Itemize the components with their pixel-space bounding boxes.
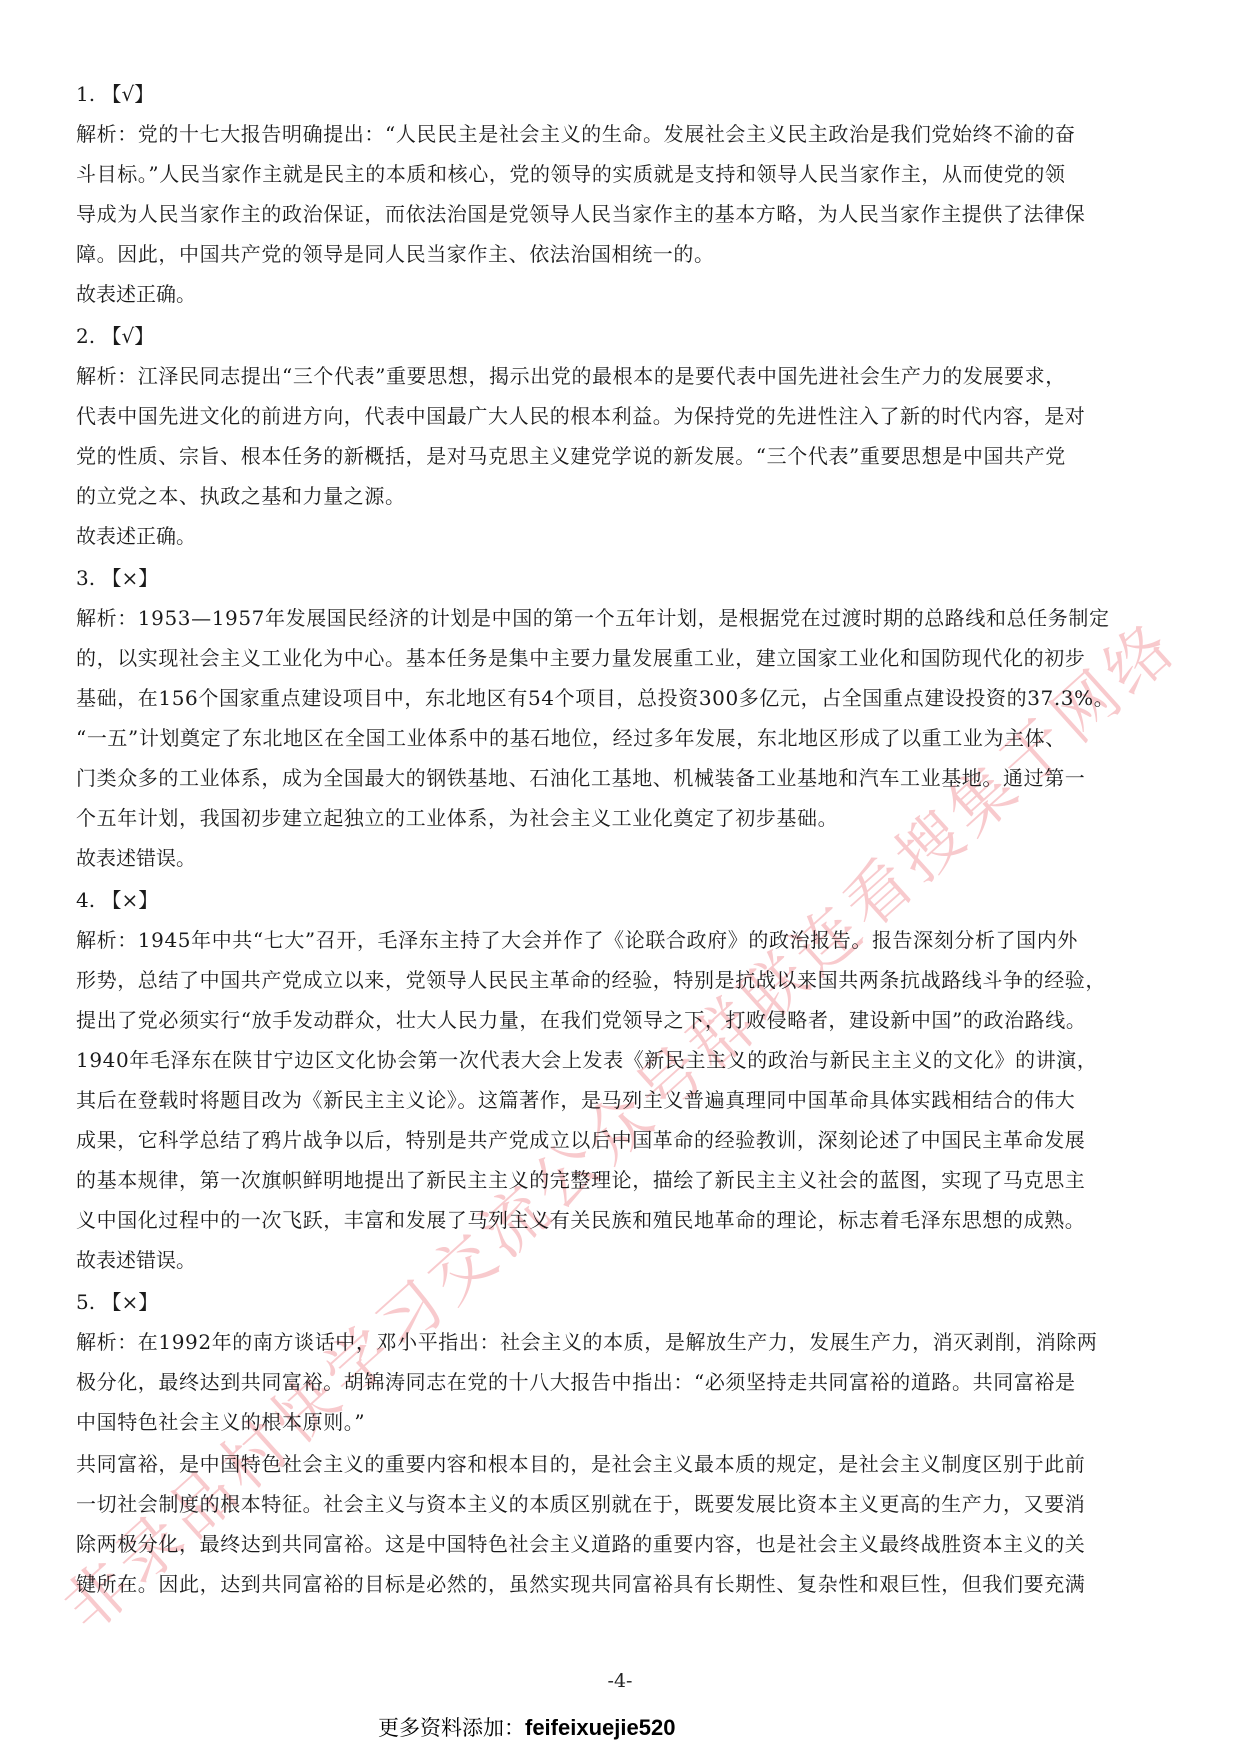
analysis-line: 共同富裕，是中国特色社会主义的重要内容和根本目的，是社会主义最本质的规定，是社会… [76, 1444, 1168, 1484]
analysis-line: 键所在。因此，达到共同富裕的目标是必然的，虽然实现共同富裕具有长期性、复杂性和艰… [76, 1564, 1168, 1604]
analysis-line: 的，以实现社会主义工业化为中心。基本任务是集中主要力量发展重工业，建立国家工业化… [76, 638, 1168, 678]
analysis-line: 解析：1945年中共“七大”召开，毛泽东主持了大会并作了《论联合政府》的政治报告… [76, 920, 1168, 960]
answer-item-3: 3. 【×】 解析：1953—1957年发展国民经济的计划是中国的第一个五年计划… [76, 558, 1168, 880]
verdict-cross-icon: 【×】 [101, 1290, 158, 1314]
analysis-line: 其后在登载时将题目改为《新民主主义论》。这篇著作，是马列主义普遍真理同中国革命具… [76, 1080, 1168, 1120]
analysis-line: 成果，它科学总结了鸦片战争以后，特别是共产党成立以后中国革命的经验教训，深刻论述… [76, 1120, 1168, 1160]
analysis-line: 提出了党必须实行“放手发动群众，壮大人民力量，在我们党领导之下，打败侵略者，建设… [76, 1000, 1168, 1040]
footer-contact-id: feifeixuejie520 [525, 1715, 675, 1740]
document-page: 非录品村快学习交流公众号群联连看搜集于网络 1. 【√】 解析：党的十七大报告明… [0, 0, 1240, 1754]
page-number: -4- [0, 1670, 1240, 1692]
analysis-line: 个五年计划，我国初步建立起独立的工业体系，为社会主义工业化奠定了初步基础。 [76, 798, 1168, 838]
analysis-line: 一切社会制度的根本特征。社会主义与资本主义的本质区别就在于，既要发展比资本主义更… [76, 1484, 1168, 1524]
conclusion: 故表述正确。 [76, 274, 1168, 316]
analysis-line: 斗目标。”人民当家作主就是民主的本质和核心，党的领导的实质就是支持和领导人民当家… [76, 154, 1168, 194]
verdict-cross-icon: 【×】 [101, 888, 158, 912]
conclusion: 故表述错误。 [76, 1240, 1168, 1282]
verdict-cross-icon: 【×】 [101, 566, 158, 590]
analysis-line: 基础，在156个国家重点建设项目中，东北地区有54个项目，总投资300多亿元，占… [76, 678, 1168, 718]
analysis-line: 1940年毛泽东在陕甘宁边区文化协会第一次代表大会上发表《新民主主义的政治与新民… [76, 1040, 1168, 1080]
item-number: 5. [76, 1290, 95, 1314]
answer-item-2: 2. 【√】 解析：江泽民同志提出“三个代表”重要思想，揭示出党的最根本的是要代… [76, 316, 1168, 558]
analysis-line: 导成为人民当家作主的政治保证，而依法治国是党领导人民当家作主的基本方略，为人民当… [76, 194, 1168, 234]
analysis-line: “一五”计划奠定了东北地区在全国工业体系中的基石地位，经过多年发展，东北地区形成… [76, 718, 1168, 758]
footer-label: 更多资料添加： [378, 1716, 525, 1740]
analysis-line: 义中国化过程中的一次飞跃，丰富和发展了马列主义有关民族和殖民地革命的理论，标志着… [76, 1200, 1168, 1240]
verdict-check-icon: 【√】 [101, 324, 154, 348]
item-heading: 4. 【×】 [76, 880, 1168, 920]
analysis-line: 党的性质、宗旨、根本任务的新概括，是对马克思主义建党学说的新发展。“三个代表”重… [76, 436, 1168, 476]
analysis-line: 解析：在1992年的南方谈话中，邓小平指出：社会主义的本质，是解放生产力，发展生… [76, 1322, 1168, 1362]
item-number: 3. [76, 566, 95, 590]
analysis-line: 代表中国先进文化的前进方向，代表中国最广大人民的根本利益。为保持党的先进性注入了… [76, 396, 1168, 436]
verdict-check-icon: 【√】 [101, 82, 154, 106]
item-heading: 1. 【√】 [76, 74, 1168, 114]
analysis-line: 形势，总结了中国共产党成立以来，党领导人民民主革命的经验，特别是抗战以来国共两条… [76, 960, 1168, 1000]
analysis-line: 极分化，最终达到共同富裕。胡锦涛同志在党的十八大报告中指出：“必须坚持走共同富裕… [76, 1362, 1168, 1402]
item-heading: 2. 【√】 [76, 316, 1168, 356]
conclusion: 故表述错误。 [76, 838, 1168, 880]
analysis-line: 门类众多的工业体系，成为全国最大的钢铁基地、石油化工基地、机械装备工业基地和汽车… [76, 758, 1168, 798]
footer-contact: 更多资料添加：feifeixuejie520 [378, 1712, 675, 1742]
item-number: 4. [76, 888, 95, 912]
analysis-line: 解析：1953—1957年发展国民经济的计划是中国的第一个五年计划，是根据党在过… [76, 598, 1168, 638]
analysis-line: 中国特色社会主义的根本原则。” [76, 1402, 1168, 1442]
item-heading: 5. 【×】 [76, 1282, 1168, 1322]
answer-item-4: 4. 【×】 解析：1945年中共“七大”召开，毛泽东主持了大会并作了《论联合政… [76, 880, 1168, 1282]
item-number: 2. [76, 324, 95, 348]
analysis-line: 的基本规律，第一次旗帜鲜明地提出了新民主主义的完整理论，描绘了新民主主义社会的蓝… [76, 1160, 1168, 1200]
analysis-line: 除两极分化，最终达到共同富裕。这是中国特色社会主义道路的重要内容，也是社会主义最… [76, 1524, 1168, 1564]
analysis-line: 的立党之本、执政之基和力量之源。 [76, 476, 1168, 516]
item-heading: 3. 【×】 [76, 558, 1168, 598]
answer-item-5: 5. 【×】 解析：在1992年的南方谈话中，邓小平指出：社会主义的本质，是解放… [76, 1282, 1168, 1604]
conclusion: 故表述正确。 [76, 516, 1168, 558]
answer-item-1: 1. 【√】 解析：党的十七大报告明确提出：“人民民主是社会主义的生命。发展社会… [76, 74, 1168, 316]
analysis-line: 解析：党的十七大报告明确提出：“人民民主是社会主义的生命。发展社会主义民主政治是… [76, 114, 1168, 154]
analysis-line: 障。因此，中国共产党的领导是同人民当家作主、依法治国相统一的。 [76, 234, 1168, 274]
item-number: 1. [76, 82, 95, 106]
analysis-line: 解析：江泽民同志提出“三个代表”重要思想，揭示出党的最根本的是要代表中国先进社会… [76, 356, 1168, 396]
document-content: 1. 【√】 解析：党的十七大报告明确提出：“人民民主是社会主义的生命。发展社会… [76, 74, 1168, 1604]
